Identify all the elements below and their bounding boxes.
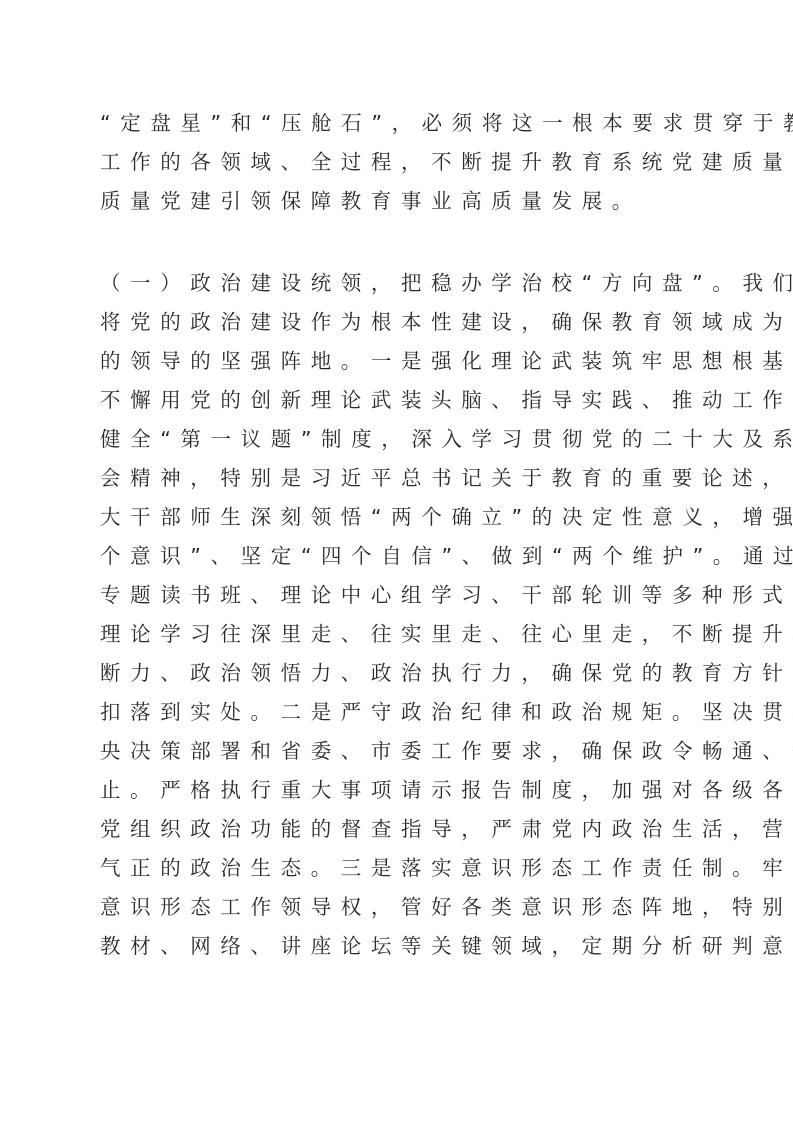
text-line [100,966,706,1005]
text-line: “定盘星”和“压舱石”，必须将这一根本要求贯穿于教育 [100,104,706,143]
text-line: 工作的各领域、全过程，不断提升教育系统党建质量，以高 [100,143,706,182]
text-line: 的领导的坚强阵地。一是强化理论武装筑牢思想根基。坚持 [100,342,706,381]
paragraph-political-construction: （一）政治建设统领，把稳办学治校“方向盘”。我们始终 将党的政治建设作为根本性建… [100,264,706,1005]
text-line: 质量党建引领保障教育事业高质量发展。 [100,182,706,221]
text-line: 意识形态工作领导权，管好各类意识形态阵地，特别是课堂、 [100,888,706,927]
text-line: 大干部师生深刻领悟“两个确立”的决定性意义，增强“四 [100,498,706,537]
document-page: “定盘星”和“压舱石”，必须将这一根本要求贯穿于教育 工作的各领域、全过程，不断… [0,0,793,1122]
text-line: 健全“第一议题”制度，深入学习贯彻党的二十大及系列全 [100,420,706,459]
text-line: 止。严格执行重大事项请示报告制度，加强对各级各类学校 [100,771,706,810]
text-line: 央决策部署和省委、市委工作要求，确保政令畅通、令行禁 [100,732,706,771]
text-line: 专题读书班、理论中心组学习、干部轮训等多种形式，推动 [100,576,706,615]
text-line: 将党的政治建设作为根本性建设，确保教育领域成为坚持党 [100,303,706,342]
text-line: 扣落到实处。二是严守政治纪律和政治规矩。坚决贯彻党中 [100,693,706,732]
text-line: 会精神，特别是习近平总书记关于教育的重要论述，引导广 [100,459,706,498]
text-line: 理论学习往深里走、往实里走、往心里走，不断提升政治判 [100,615,706,654]
section-heading-line: （一）政治建设统领，把稳办学治校“方向盘”。我们始终 [100,264,706,303]
text-line: 教材、网络、讲座论坛等关键领域，定期分析研判意识形态 [100,927,706,966]
text-line: 不懈用党的创新理论武装头脑、指导实践、推动工作，建立 [100,381,706,420]
paragraph-intro-conclusion: “定盘星”和“压舱石”，必须将这一根本要求贯穿于教育 工作的各领域、全过程，不断… [100,104,706,221]
text-line: 气正的政治生态。三是落实意识形态工作责任制。牢牢掌握 [100,849,706,888]
text-line: 党组织政治功能的督查指导，严肃党内政治生活，营造风清 [100,810,706,849]
text-line: 断力、政治领悟力、政治执行力，确保党的教育方针不折不 [100,654,706,693]
text-line: 个意识”、坚定“四个自信”、做到“两个维护”。通过举办 [100,537,706,576]
